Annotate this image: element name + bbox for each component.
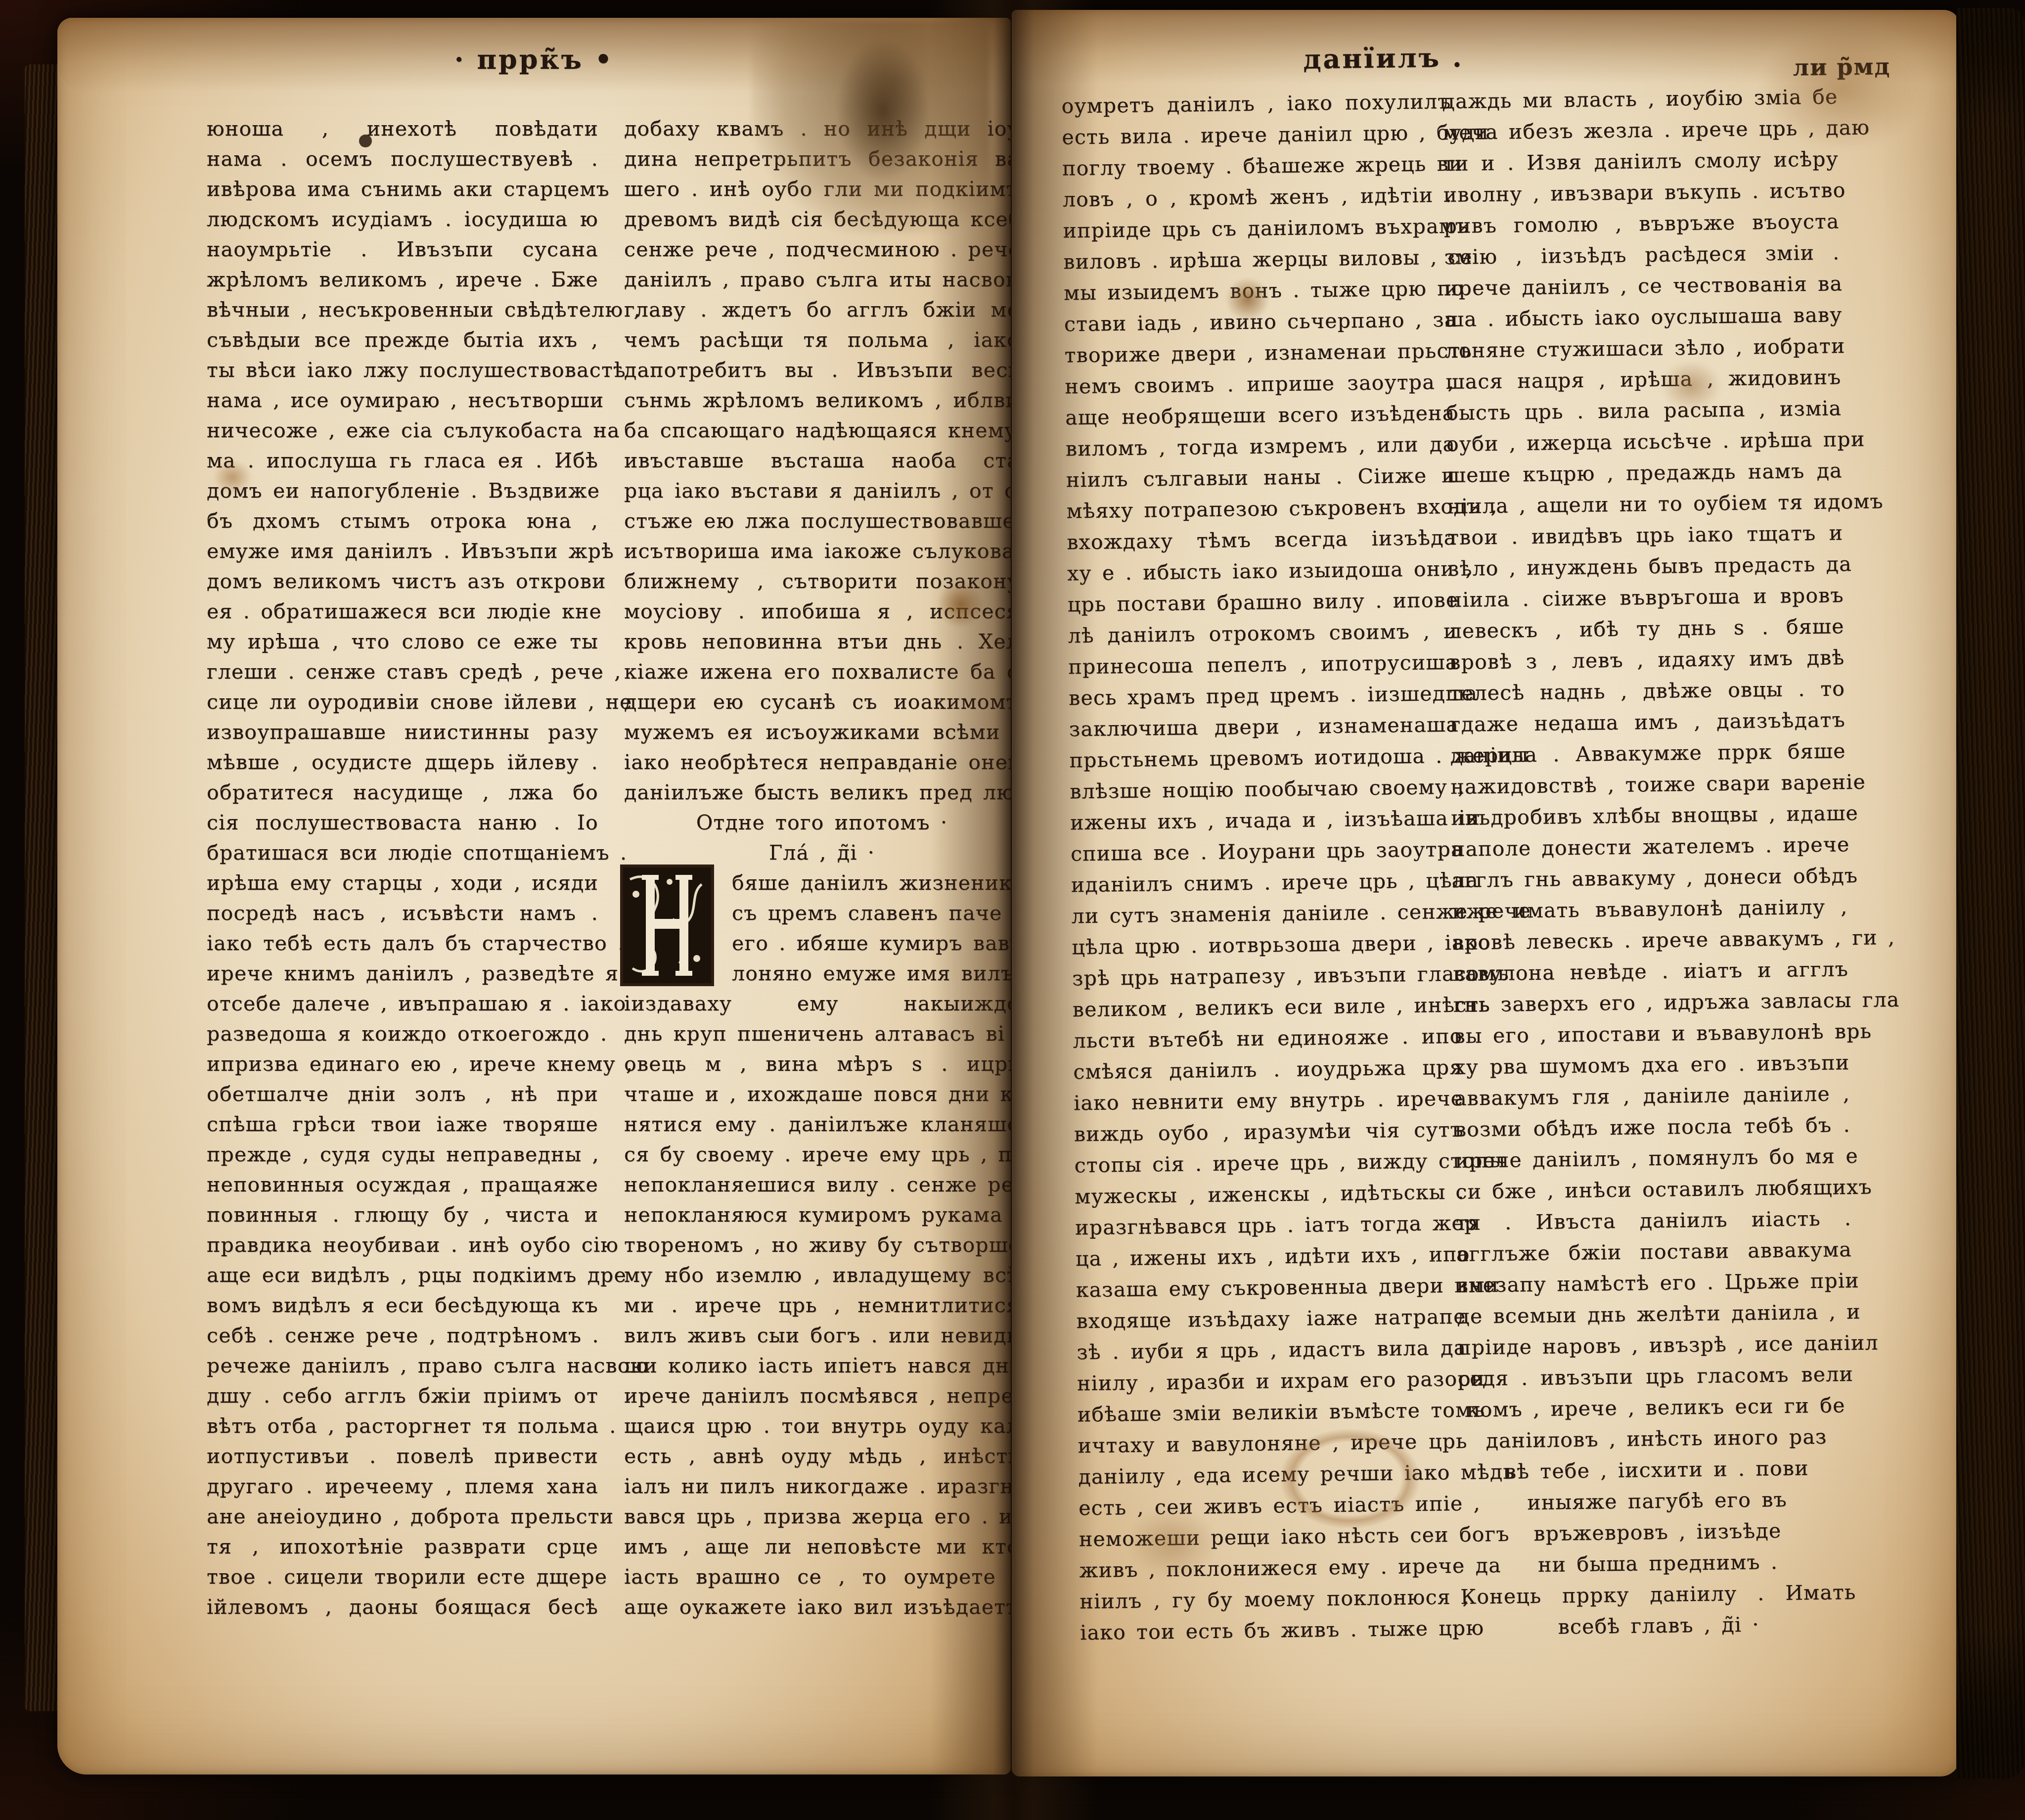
text-line: великом , великъ еси виле , инѣсть (1072, 990, 1462, 1026)
text-line: ма . ипослуша гь гласа ея . Ибѣ (207, 446, 598, 476)
text-line: всебѣ главъ , д̃і · (1461, 1608, 1857, 1644)
text-line: му ирѣша , что слово се еже ты (207, 627, 598, 657)
text-line: ся бу своему . ирече ему црь , почто (624, 1139, 1020, 1170)
text-line: повинныя . глющу бу , чиста и (207, 1200, 598, 1230)
text-line: нажидовствѣ , тоиже свари вареніе (1450, 767, 1846, 803)
text-line: връжевровъ , іизъѣде (1459, 1514, 1855, 1550)
text-line: шася нацря , ирѣша , жидовинъ (1445, 362, 1842, 398)
text-line: си бже , инѣси оставилъ любящихъ (1455, 1172, 1851, 1208)
text-line: мы изыидемъ вонъ . тыже црю по (1064, 273, 1454, 309)
text-line: обратитеся насудище , лжа бо (207, 777, 598, 808)
text-line: внезапу намѣстѣ его . Црьже пріи (1456, 1265, 1852, 1301)
text-line: вѣчныи , несъкровенныи свѣдѣтелю , (207, 295, 598, 325)
text-line: Конець пррку даніилу . Имать (1460, 1577, 1856, 1613)
text-column-1: юноша , инехотѣ повѣдатинама . осемъ пос… (207, 114, 598, 1622)
text-line: зрѣ црь натрапезу , ивъзъпи гласомъ (1072, 958, 1462, 995)
text-line: шеше къцрю , предаждь намъ да (1446, 455, 1843, 491)
text-line: рца іако въстави я даніилъ , от оу (624, 476, 1020, 506)
text-line: чемъ расѣщи тя польма , іако (624, 325, 1020, 355)
text-line: другаго . иречеему , племя хана (207, 1471, 598, 1501)
text-line: ни быша преднимъ . (1460, 1546, 1856, 1582)
text-line: немъ своимъ . иприше заоутра , (1065, 366, 1455, 403)
text-line: нама , исе оумираю , несътворши (207, 385, 598, 415)
text-line: неповинныя осуждая , пращаяже (207, 1170, 598, 1200)
text-line: даніилъже бысть великъ пред людми (624, 777, 1020, 808)
text-line: ба спсающаго надѣющаяся кнему . (624, 415, 1020, 446)
text-line: домъ еи напогубленіе . Въздвиже (207, 476, 598, 506)
text-line: лоняне стужишаси зѣло , иобрати (1445, 330, 1841, 366)
text-line: ши колико іасть ипіетъ нався дни . (624, 1351, 1020, 1381)
text-line: левескъ , ибѣ ту днь ѕ . бяше (1448, 611, 1845, 647)
text-line: вхождаху тѣмъ всегда іизъѣда (1067, 522, 1457, 558)
text-line: нама . осемъ послушествуевѣ . (207, 144, 598, 174)
text-line: емуже имя даніилъ . Ивъзъпи жрѣ (207, 536, 598, 566)
running-head-left: · пррк̃ъ • (57, 44, 1011, 75)
text-line: неможеши рещи іако нѣсть сеи богъ (1079, 1519, 1469, 1555)
text-line: гнь заверхъ его , идръжа завласы гла (1453, 985, 1849, 1021)
text-line: посредѣ насъ , исъвѣсти намъ . (207, 898, 598, 928)
text-line: правдика неоубиваи . инѣ оубо сію (207, 1230, 598, 1260)
text-line: отсебе далече , ивъпрашаю я . іако (207, 989, 598, 1019)
text-line: ійлевомъ , даоны боящася бесѣ (207, 1592, 598, 1622)
text-line: ея . обратишажеся вси людіе кне (207, 596, 598, 627)
text-line: ирече даніилъ , се чествованія ва (1444, 268, 1841, 304)
text-line: вилъ живъ сыи богъ . или невиди (624, 1320, 1020, 1351)
text-line: агглъ гнь аввакуму , донеси обѣдъ (1451, 860, 1847, 896)
text-line: ивѣрова има сънимь аки старцемъ (207, 174, 598, 204)
text-line: спѣша грѣси твои іаже творяше (207, 1109, 598, 1139)
text-line: стопы сія . ирече црь , вижду стопы (1074, 1145, 1464, 1182)
text-line: речеже даніилъ , право сълга насвою (207, 1351, 598, 1381)
text-line: иданіилъ снимъ . ирече црь , цѣла (1071, 865, 1461, 901)
text-line: сице ли оуродивіи снове ійлеви , не (207, 687, 598, 717)
text-line: ша . ибысть іако оуслышаша ваву (1444, 299, 1841, 335)
text-column-3: оумретъ даніилъ , іако похулилъесть вила… (1061, 86, 1470, 1648)
text-line: виловъ . ирѣша жерцы виловы , се (1063, 242, 1453, 278)
text-line: кіаже ижена его похвалисте ба о (624, 657, 1020, 687)
text-line: весь храмъ пред цремъ . іизшедша (1069, 678, 1459, 714)
text-line: прежде , судя суды неправедны , (207, 1139, 598, 1170)
text-line: де всемыи днь желѣти даніила , и (1457, 1296, 1853, 1332)
text-line: ничесоже , еже сіа сълукобаста на (207, 415, 598, 446)
text-line: ичтаху и вавулоняне , ирече црь (1078, 1426, 1468, 1462)
text-line: льсти вътебѣ ни единояже . ипо (1073, 1021, 1463, 1057)
text-line: ижены ихъ , ичада и , іизъѣаша іи (1070, 803, 1460, 839)
text-line: ивъдробивъ хлѣбы внощвы , идаше (1451, 798, 1847, 834)
text-line: вровѣ левескь . ирече аввакумъ , ги , (1452, 922, 1848, 958)
text-line: непокланяешися вилу . сенже рече , (624, 1170, 1020, 1200)
text-line: иже имать въвавулонѣ даніилу , (1452, 891, 1848, 927)
text-line: зѣло , инуждень бывъ предасть да (1448, 548, 1844, 585)
text-line: исътвориша има іакоже сълуковасте (624, 536, 1020, 566)
text-line: наоумрьтіе . Ивъзъпи сусана (207, 234, 598, 265)
text-line: вомъ видѣлъ я еси бесѣдующа къ (207, 1290, 598, 1320)
text-line: даніилу , еда исему речши іако мѣдь (1078, 1457, 1468, 1493)
text-line: братишася вси людіе спотщаніемъ . (207, 838, 598, 868)
text-line: змію , іизъѣдъ расѣдеся зміи . (1444, 237, 1840, 273)
text-line: непокланяюся кумиромъ рукама съ (624, 1200, 1020, 1230)
right-page-text-block: данїилъ . ли р̃мд оумретъ даніилъ , іако… (1001, 5, 1971, 1783)
text-line: возми обѣдъ иже посла тебѣ бъ . (1454, 1109, 1850, 1145)
text-line: іиздаваху ему накыиждо (624, 989, 1020, 1019)
text-line: ближнему , сътворити позакону (624, 566, 1020, 596)
text-line: пріиде наровъ , ивъзрѣ , исе даніил (1457, 1327, 1853, 1364)
text-line: нятися ему . даніилъже кланяше (624, 1109, 1020, 1139)
text-line: стъже ею лжа послушествовавшем . (624, 506, 1020, 536)
text-line: ца , ижены ихъ , идѣти ихъ , ипо (1076, 1239, 1466, 1275)
text-line: ніилъ сългавыи наны . Сіиже и (1066, 460, 1456, 496)
text-line: себѣ . сенже рече , подтрѣномъ . (207, 1320, 598, 1351)
text-line: дина непретрьпитъ безаконія ва (624, 144, 1020, 174)
text-line: смѣяся даніилъ . иоудрьжа цря (1073, 1052, 1463, 1088)
text-line: глеши . сенже ставъ средѣ , рече , (207, 657, 598, 687)
text-line: есть вила . ирече даніил црю , буди (1062, 117, 1452, 153)
text-line: влѣзше нощію пообычаю своему , (1070, 772, 1460, 808)
text-line: ирече даніилъ , помянулъ бо мя е (1455, 1140, 1851, 1177)
text-line: бъ дхомъ стымъ отрока юна , (207, 506, 598, 536)
text-line: вавулона невѣде . иіатъ и агглъ (1453, 954, 1849, 990)
text-line: иволну , ивъзвари въкупь . исътво (1443, 175, 1839, 211)
text-line: Отдне того ипотомъ · (624, 808, 1020, 838)
text-line: наполе донести жателемъ . ирече (1451, 829, 1847, 865)
text-line: ибѣаше зміи великіи въмѣсте томъ (1077, 1395, 1467, 1431)
text-line: црь постави брашно вилу . ипове (1067, 585, 1457, 621)
text-line: зѣ . иуби я црь , идастъ вила да (1077, 1332, 1467, 1368)
page-fore-edge (1956, 8, 2025, 1778)
text-line: главу . ждетъ бо агглъ бжіи ме (624, 295, 1020, 325)
text-line: вѣтъ отба , расторгнет тя польма . (207, 1411, 598, 1441)
ornate-initial (620, 864, 714, 986)
text-line: вы его , ипостави и въвавулонѣ врь (1453, 1016, 1849, 1052)
text-line: живъ , поклонижеся ему . ирече да (1079, 1550, 1469, 1587)
text-line: ирѣша ему старцы , ходи , исяди (207, 868, 598, 898)
text-line: кровь неповинна втъи днь . Хел (624, 627, 1020, 657)
text-line: аще еси видѣлъ , рцы подкіимъ дре (207, 1260, 598, 1290)
text-line: ли сутъ знаменія даніиле . сенже рече (1071, 896, 1461, 932)
text-line: меча ибезъ жезла . ирече црь , даю (1442, 112, 1839, 148)
text-line: даніила . Аввакумже пррк бяше (1450, 735, 1846, 772)
text-line: аще необрящеши всего изъѣдена (1065, 398, 1455, 434)
text-line: ху е . ибысть іако изыидоша они , (1067, 553, 1457, 590)
text-line: имъ , аще ли неповѣсте ми кто (624, 1532, 1020, 1562)
text-line: шего . инѣ оубо гли ми подкіимъ (624, 174, 1020, 204)
text-line: сенже рече , подчесминою . речеже ему (624, 234, 1020, 265)
text-line: телесѣ наднь , двѣже овцы . то (1449, 673, 1845, 709)
text-line: дапотребитъ вы . Ивъзъпи весь (624, 355, 1020, 385)
text-line: ипризва единаго ею , ирече кнему , (207, 1049, 598, 1079)
text-line: комъ , ирече , великъ еси ги бе (1458, 1390, 1854, 1426)
text-line: прьстьнемь цревомъ иотидоша . жерцы (1069, 740, 1459, 776)
text-line: лѣ даніилъ отрокомъ своимъ , и (1068, 616, 1458, 652)
text-line: іако невнити ему внутрь . ирече (1074, 1083, 1464, 1119)
text-line: ирече даніилъ посмѣявся , непрель (624, 1381, 1020, 1411)
text-line: седя . ивъзъпи црь гласомъ вели (1458, 1359, 1854, 1395)
text-line: оуби , ижерца исьсѣче . ирѣша при (1446, 424, 1843, 460)
text-line: ипріиде црь съ даніиломъ въхрамъ (1063, 211, 1453, 247)
text-line: ты вѣси іако лжу послушествовастѣ (207, 355, 598, 385)
text-line: заключиша двери , изнаменаша (1069, 709, 1459, 745)
text-line: даніилъ , право сълга иты насвою (624, 265, 1020, 295)
text-column-4: даждь ми власть , иоубію зміа бемеча ибе… (1442, 81, 1856, 1644)
text-line: даніиловъ , инѣсть иного раз (1458, 1421, 1854, 1457)
folio-number: ли р̃мд (1793, 53, 1890, 81)
text-line: іасть врашно се , то оумрете . (624, 1562, 1020, 1592)
text-line: обетшалче дніи золъ , нѣ при (207, 1079, 598, 1109)
text-line: іалъ ни пилъ никогдаже . иразгнѣ (624, 1471, 1020, 1501)
text-line: добаху квамъ . но инѣ дщи іоу (624, 114, 1020, 144)
text-line: щаися црю . тои внутрь оуду кал (624, 1411, 1020, 1441)
text-line: вровѣ з , левъ , идаяху имъ двѣ (1449, 642, 1845, 678)
text-line: мѣяху потрапезою съкровенъ входъ , (1066, 491, 1456, 527)
text-line: іако необрѣтеся неправданіе онеи . (624, 747, 1020, 777)
text-line: сънмь жрѣломъ великомъ , иблви (624, 385, 1020, 415)
text-line: разведоша я коиждо откоегождо . (207, 1019, 598, 1049)
text-line: гдаже недаша имъ , даизъѣдатъ (1449, 704, 1845, 740)
text-line: овець м , вина мѣръ ѕ . ицрь (624, 1049, 1020, 1079)
text-line: входяще изъѣдаху іаже натрапе (1076, 1301, 1466, 1337)
text-line: вѣ тебе , іисхити и . пови (1459, 1452, 1855, 1488)
text-line: людскомъ исудіамъ . іосудиша ю (207, 204, 598, 234)
text-line: му нбо иземлю , ивладущему всѣ (624, 1260, 1020, 1290)
book-spine-edge (25, 64, 61, 1711)
text-line: стави іадь , ивино сьчерпано , за (1064, 304, 1454, 340)
text-line: виломъ , тогда измремъ , или да (1066, 429, 1456, 465)
text-line: іако тои есть бъ живъ . тыже црю (1080, 1613, 1470, 1649)
text-line: иныяже пагубѣ его въ (1459, 1483, 1855, 1519)
text-line: древомъ видѣ сія бесѣдующа ксебѣ . (624, 204, 1020, 234)
running-head-right: данїилъ . (1303, 42, 1464, 75)
text-line: ловъ , о , кромѣ женъ , идѣтіи . (1062, 180, 1452, 216)
text-line: агглъже бжіи постави аввакума (1456, 1234, 1852, 1270)
text-line: жрѣломъ великомъ , ирече . Бже (207, 265, 598, 295)
text-line: вався црь , призва жерца его . ирече (624, 1501, 1020, 1532)
text-line: ми . ирече црь , немнитлитися (624, 1290, 1020, 1320)
text-line: твое . сицели творили есте дщере (207, 1562, 598, 1592)
book-photo: · пррк̃ъ • юноша , инехотѣ повѣдатинама … (0, 0, 2025, 1820)
text-line: юноша , инехотѣ повѣдати (207, 114, 598, 144)
text-line: казаша ему съкровенныа двери ими (1076, 1270, 1466, 1306)
text-line: дщери ею сусанѣ съ иоакимомъ (624, 687, 1020, 717)
text-line: спиша все . Иоурани црь заоутра (1071, 834, 1461, 870)
text-line: иразгнѣвався црь . іатъ тогда жер (1075, 1208, 1465, 1244)
text-line: тя . Ивъста даніилъ иіасть . (1456, 1203, 1852, 1239)
text-line: ніилъ , гу бу моему поклонюся , (1080, 1582, 1470, 1618)
text-line: оумретъ даніилъ , іако похулилъ (1061, 86, 1451, 122)
text-line: есть , авнѣ оуду мѣдь , инѣсть (624, 1441, 1020, 1471)
text-line: аще оукажете іако вил изъѣдаетъ е • (624, 1592, 1020, 1622)
text-line: моусіову . ипобиша я , испсеся (624, 596, 1020, 627)
text-line: днь круп пшеничень алтавасъ ві , (624, 1019, 1020, 1049)
text-line: поглу твоему . бѣашеже жрець ви (1062, 148, 1452, 184)
text-line: бысть црь . вила расыпа , изміа (1446, 393, 1842, 429)
text-line: твориже двери , изнаменаи прьсть (1064, 335, 1454, 371)
text-line: ніила . сіиже въвръгоша и вровъ (1448, 580, 1844, 616)
text-line: твореномъ , но живу бу сътворше (624, 1230, 1020, 1260)
text-line: сія послушествоваста наню . Іо (207, 808, 598, 838)
text-line: дшу . себо агглъ бжіи пріимъ от (207, 1381, 598, 1411)
text-line: чташе и , ихождаше повся дни кла (624, 1079, 1020, 1109)
text-line: мужемъ ея исъоужиками всѣми , (624, 717, 1020, 747)
text-line: принесоша пепелъ , ипотрусиша (1068, 647, 1458, 683)
text-line: твои . ивидѣвъ црь іако тщатъ и (1447, 517, 1844, 553)
text-line: ніилу , иразби и ихрам его разори . (1077, 1364, 1467, 1400)
text-line: есть , сеи живъ естъ иіастъ ипіе , (1079, 1488, 1469, 1524)
text-line: домъ великомъ чистъ азъ открови (207, 566, 598, 596)
text-line: ирече книмъ даніилъ , разведѣте я (207, 958, 598, 989)
left-page: · пррк̃ъ • юноша , инехотѣ повѣдатинама … (57, 18, 1011, 1774)
text-line: тя , ипохотѣніе разврати срце (207, 1532, 598, 1562)
text-line: мужескы , иженскы , идѣтьскы . (1075, 1177, 1465, 1213)
text-line: ане анеіоудино , доброта прельсти (207, 1501, 598, 1532)
text-line: Гла́ , д̃і · (624, 838, 1020, 868)
right-page: данїилъ . ли р̃мд оумретъ даніилъ , іако… (1012, 10, 1960, 1776)
text-line: іако тебѣ есть далъ бъ старчество . (207, 928, 598, 958)
text-line: виждь оубо , иразумѣи чія сутъ (1074, 1114, 1464, 1150)
text-line: цѣла црю . иотврьзоша двери , іако (1072, 927, 1462, 963)
text-line: аввакумъ гля , даніиле даніиле , (1454, 1078, 1850, 1114)
text-line: ивъставше въсташа наоба ста (624, 446, 1020, 476)
text-line: даждь ми власть , иоубію зміа бе (1442, 81, 1838, 117)
text-line: ти и . Извя даніилъ смолу исѣру (1443, 143, 1839, 180)
text-line: ху рва шумомъ дха его . ивъзъпи (1454, 1047, 1850, 1083)
text-line: ніила , ащели ни то оубіем тя идомъ (1447, 486, 1843, 522)
text-line: ривъ гомолю , въвръже въоуста (1443, 206, 1840, 242)
text-line: съвѣдыи все прежде бытіа ихъ , (207, 325, 598, 355)
text-line: иотпустивъи . повелѣ привести (207, 1441, 598, 1471)
text-line: извоупрашавше ниистинны разу (207, 717, 598, 747)
text-line: мѣвше , осудисте дщерь ійлеву . (207, 747, 598, 777)
